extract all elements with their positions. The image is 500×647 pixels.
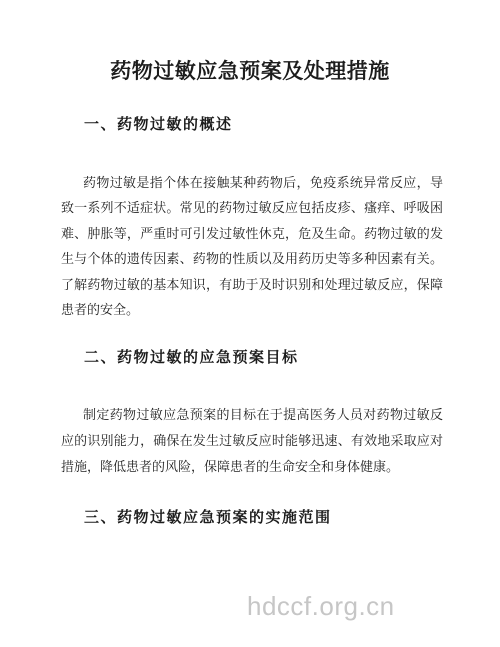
section-2-paragraph: 制定药物过敏应急预案的目标在于提高医务人员对药物过敏反 应的识别能力，确保在发生… [61,402,443,480]
paragraph-line: 患者的安全。 [61,297,443,322]
section-3-heading: 三、药物过敏应急预案的实施范围 [84,507,332,529]
paragraph-line: 生与个体的遗传因素、药物的性质以及用药历史等多种因素有关。 [61,246,443,271]
paragraph-line: 了解药物过敏的基本知识，有助于及时识别和处理过敏反应，保障 [61,272,443,297]
document-title: 药物过敏应急预案及处理措施 [0,58,500,86]
paragraph-line: 措施，降低患者的风险，保障患者的生命安全和身体健康。 [61,454,443,480]
section-1-heading: 一、药物过敏的概述 [84,114,233,136]
paragraph-line: 应的识别能力，确保在发生过敏反应时能够迅速、有效地采取应对 [61,428,443,454]
paragraph-line: 制定药物过敏应急预案的目标在于提高医务人员对药物过敏反 [61,402,443,428]
paragraph-line: 致一系列不适症状。常见的药物过敏反应包括皮疹、瘙痒、呼吸困 [61,195,443,220]
section-1-paragraph: 药物过敏是指个体在接触某种药物后，免疫系统异常反应，导 致一系列不适症状。常见的… [61,170,443,322]
document-page: 药物过敏应急预案及处理措施 一、药物过敏的概述 药物过敏是指个体在接触某种药物后… [0,0,500,647]
paragraph-line: 药物过敏是指个体在接触某种药物后，免疫系统异常反应，导 [61,170,443,195]
section-2-heading: 二、药物过敏的应急预案目标 [84,347,299,369]
watermark: hdccf.org.cn [247,593,395,620]
paragraph-line: 难、肿胀等，严重时可引发过敏性休克，危及生命。药物过敏的发 [61,221,443,246]
